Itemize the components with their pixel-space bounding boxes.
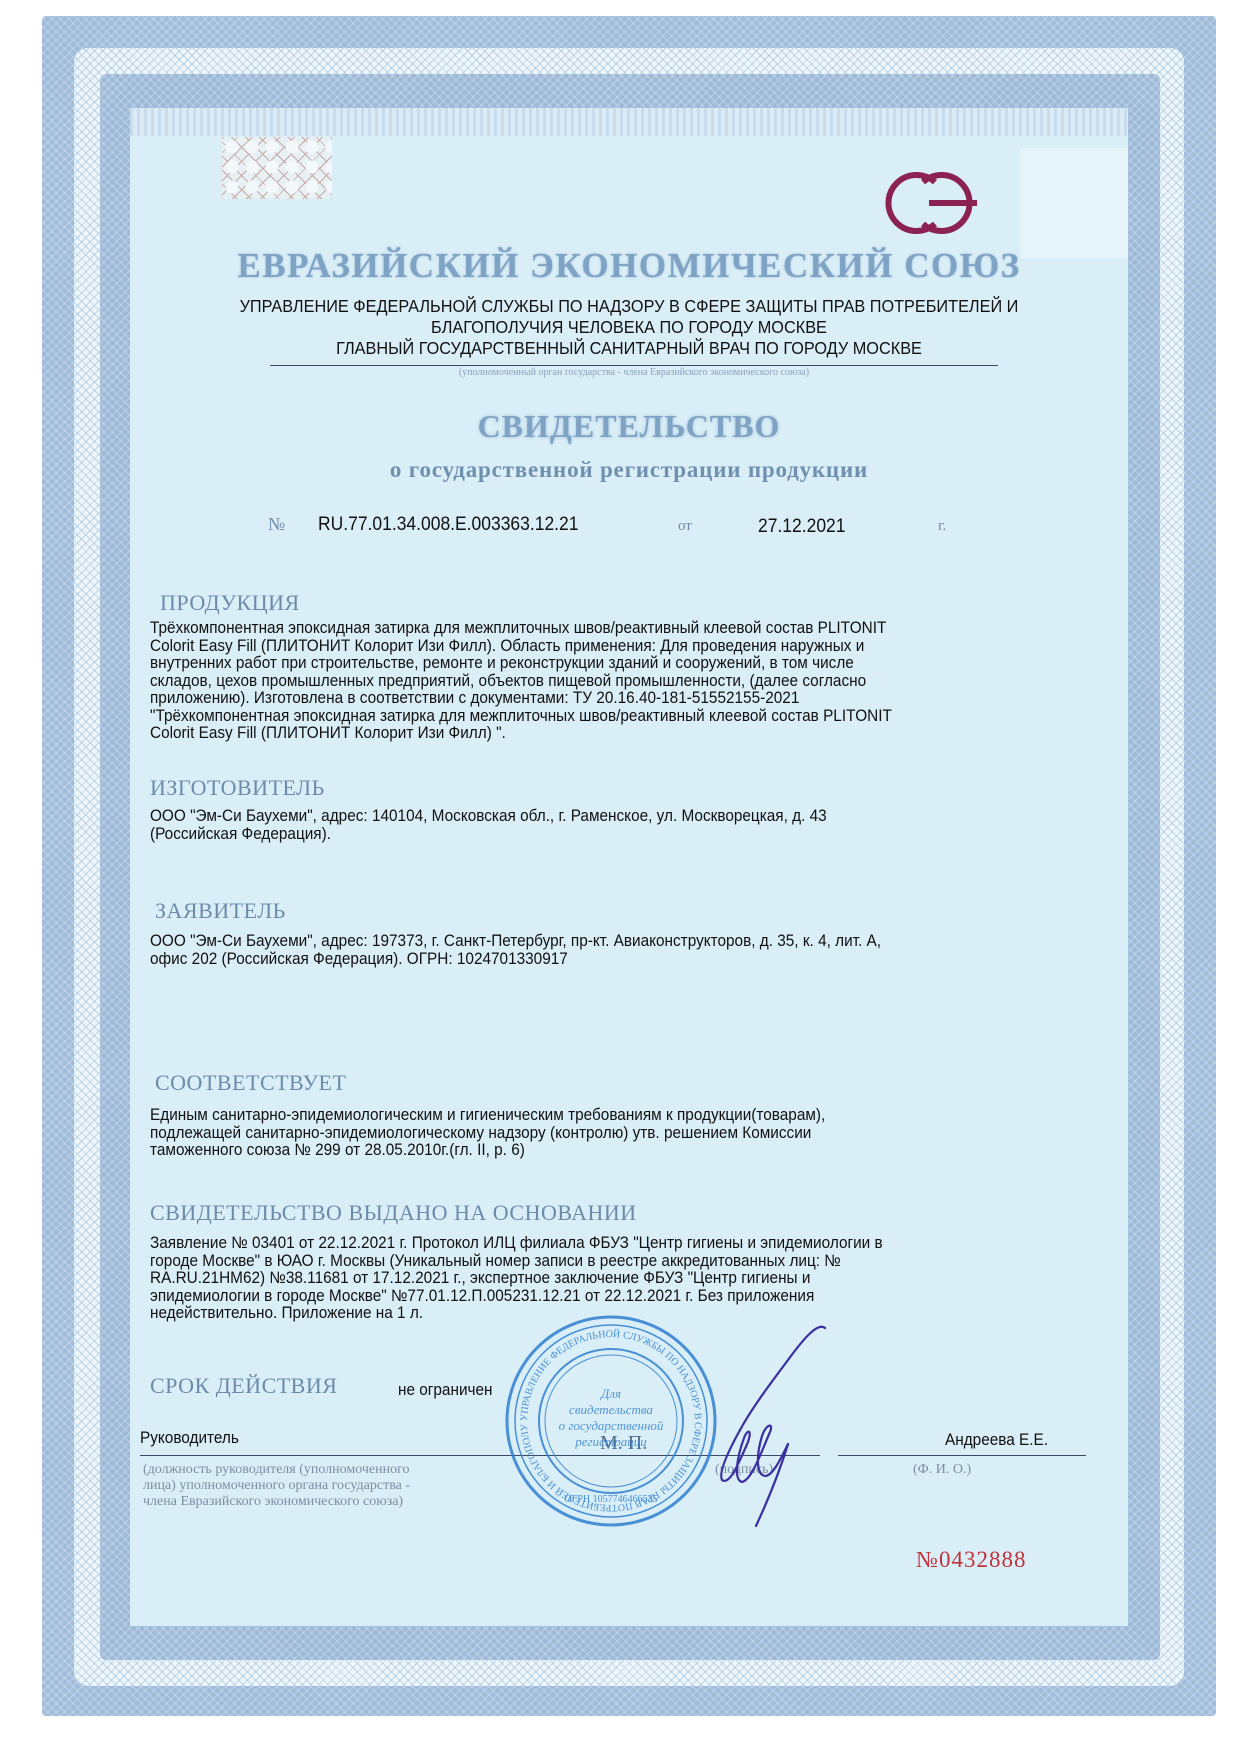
certificate-title: СВИДЕТЕЛЬСТВО (130, 408, 1128, 445)
position-caption: (должность руководителя (уполномоченного… (143, 1462, 410, 1510)
product-heading: ПРОДУКЦИЯ (160, 590, 300, 616)
hologram-patch (222, 137, 332, 199)
name-caption: (Ф. И. О.) (913, 1462, 971, 1478)
applicant-text: ООО "Эм-Си Баухеми", адрес: 197373, г. С… (150, 933, 1099, 968)
manufacturer-heading: ИЗГОТОВИТЕЛЬ (150, 775, 325, 801)
certificate-subtitle: о государственной регистрации продукции (130, 457, 1128, 483)
authority-rule (270, 365, 998, 366)
authority-name: УПРАВЛЕНИЕ ФЕДЕРАЛЬНОЙ СЛУЖБЫ ПО НАДЗОРУ… (165, 296, 1093, 359)
basis-heading: СВИДЕТЕЛЬСТВО ВЫДАНО НА ОСНОВАНИИ (150, 1200, 637, 1226)
form-serial-number: №0432888 (916, 1547, 1026, 1573)
top-microprint-strip (130, 108, 1128, 136)
stamp-center-line: о государственной (559, 1418, 664, 1433)
conforms-text: Единым санитарно-эпидемиологическим и ги… (150, 1107, 1099, 1160)
authority-line: УПРАВЛЕНИЕ ФЕДЕРАЛЬНОЙ СЛУЖБЫ ПО НАДЗОРУ… (165, 296, 1093, 317)
stamp-ogrn: ОГРН 1057746466535 (564, 1494, 657, 1505)
manufacturer-text: ООО "Эм-Си Баухеми", адрес: 140104, Моск… (150, 808, 1099, 843)
date-from-label: от (678, 518, 692, 535)
certificate-sheet: ЕВРАЗИЙСКИЙ ЭКОНОМИЧЕСКИЙ СОЮЗ УПРАВЛЕНИ… (0, 0, 1240, 1754)
stamp-center-line: свидетельства (569, 1402, 653, 1417)
applicant-heading: ЗАЯВИТЕЛЬ (155, 898, 286, 924)
validity-value: не ограничен (398, 1382, 493, 1400)
stamp-center-line: Для (599, 1386, 621, 1401)
product-text: Трёхкомпонентная эпоксидная затирка для … (150, 620, 1099, 743)
name-line (838, 1455, 1086, 1456)
position-label: Руководитель (140, 1430, 239, 1448)
year-suffix: г. (938, 518, 946, 535)
certificate-number: RU.77.01.34.008.E.003363.12.21 (318, 514, 578, 536)
stamp-center-line: регистрации (574, 1434, 647, 1449)
eaeu-cs-logo-icon (877, 166, 983, 240)
authority-line: БЛАГОПОЛУЧИЯ ЧЕЛОВЕКА ПО ГОРОДУ МОСКВЕ (165, 317, 1093, 338)
number-label: № (268, 514, 285, 535)
authority-line: ГЛАВНЫЙ ГОСУДАРСТВЕННЫЙ САНИТАРНЫЙ ВРАЧ … (165, 338, 1093, 359)
union-title: ЕВРАЗИЙСКИЙ ЭКОНОМИЧЕСКИЙ СОЮЗ (130, 246, 1128, 286)
handwritten-signature-icon (700, 1320, 840, 1530)
authority-caption: (уполномоченный орган государства - член… (270, 367, 998, 378)
official-stamp-icon: УПРАВЛЕНИЕ ФЕДЕРАЛЬНОЙ СЛУЖБЫ ПО НАДЗОРУ… (500, 1310, 722, 1532)
certificate-date: 27.12.2021 (758, 516, 845, 538)
watermark-patch (1020, 148, 1128, 258)
signatory-name: Андреева Е.Е. (945, 1432, 1048, 1450)
conforms-heading: СООТВЕТСТВУЕТ (155, 1070, 346, 1096)
validity-heading: СРОК ДЕЙСТВИЯ (150, 1373, 337, 1399)
